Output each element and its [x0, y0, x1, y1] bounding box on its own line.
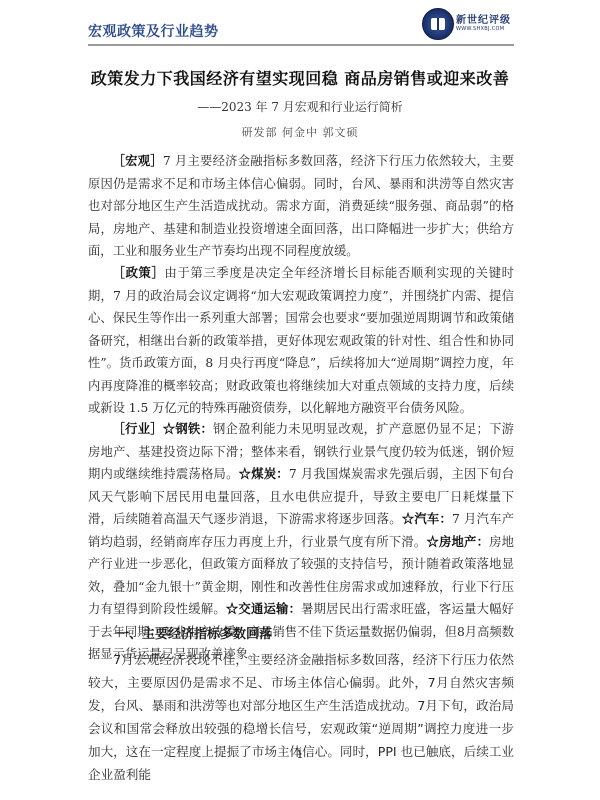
header-title: 宏观政策及行业趋势 — [88, 21, 219, 41]
page-header: 宏观政策及行业趋势 新世纪评级 WWW.SHXBJ.COM — [88, 6, 514, 44]
industry-coal-label: ☆煤炭： — [239, 466, 289, 481]
page-number: 1 — [0, 748, 600, 761]
industry-auto-label: ☆汽车： — [402, 511, 452, 526]
macro-tag: ［宏观］ — [113, 153, 163, 168]
company-logo-icon — [422, 8, 454, 40]
industry-realestate-label: ☆房地产： — [426, 534, 489, 549]
industry-steel-label: ☆钢铁： — [163, 421, 213, 436]
policy-text: 由于第三季度是决定全年经济增长目标能否顺利实现的关键时期，7 月的政治局会议定调… — [88, 266, 514, 415]
industry-tag: ［行业］ — [113, 421, 163, 436]
logo-name: 新世纪评级 — [456, 11, 511, 26]
policy-tag: ［政策］ — [113, 265, 165, 280]
summary-macro: ［宏观］7 月主要经济金融指标多数回落，经济下行压力依然较大，主要原因仍是需求不… — [88, 150, 514, 263]
document-authors: 研发部 何金中 郭文硕 — [0, 124, 600, 140]
company-logo: 新世纪评级 WWW.SHXBJ.COM — [422, 8, 514, 40]
industry-transport-label: ☆交通运输： — [226, 601, 301, 616]
logo-url: WWW.SHXBJ.COM — [456, 26, 504, 32]
section-body: 7月宏观经济表现不佳，主要经济金融指标多数回落，经济下行压力依然较大，主要原因仍… — [88, 648, 514, 786]
summary-policy: ［政策］由于第三季度是决定全年经济增长目标能否顺利实现的关键时期，7 月的政治局… — [88, 262, 514, 420]
document-title: 政策发力下我国经济有望实现回稳 商品房销售或迎来改善 — [0, 66, 600, 89]
section-heading: 一、主要经济指标多数回落 — [116, 623, 272, 642]
macro-text: 7 月主要经济金融指标多数回落，经济下行压力依然较大，主要原因仍是需求不足和市场… — [88, 154, 514, 258]
document-subtitle: ——2023 年 7 月宏观和行业运行简析 — [0, 98, 600, 115]
header-divider — [88, 44, 514, 46]
